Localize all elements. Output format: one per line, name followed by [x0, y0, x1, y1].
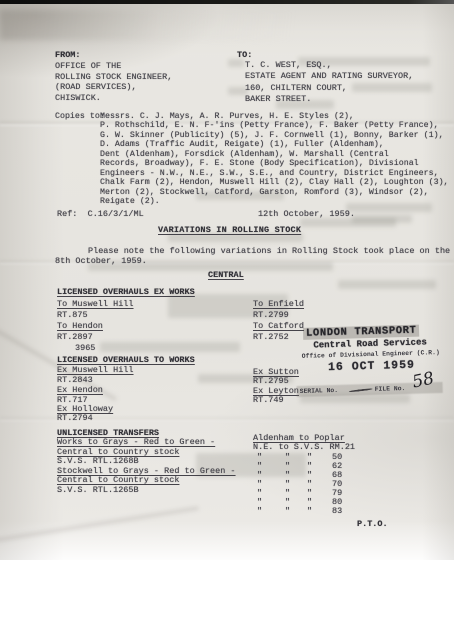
to-line: ESTATE AGENT AND RATING SURVEYOR, [245, 71, 413, 81]
stamp-department: Central Road Services [313, 337, 427, 350]
letter-title: VARIATIONS IN ROLLING STOCK [158, 225, 301, 235]
vehicle-number: RT.749 [253, 395, 284, 405]
bleedthrough-smudge [228, 59, 244, 67]
region-heading: CENTRAL [208, 270, 244, 280]
transfer-description: N.E. to S.V.S. RM.21 [253, 442, 355, 452]
vehicle-number: RT.875 [57, 310, 88, 320]
reference-number: Ref: C.16/3/1/ML [57, 209, 144, 219]
stamp-file-label: FILE No. [375, 385, 406, 393]
stamp-serial-label: SERIAL No. [300, 387, 339, 395]
from-line: OFFICE OF THE [55, 61, 121, 71]
letter-paper: FROM: OFFICE OF THE ROLLING STOCK ENGINE… [0, 4, 454, 560]
from-label: FROM: [55, 50, 81, 60]
intro-text: 8th October, 1959. [55, 256, 147, 266]
transfer-row: " " " 83 [0, 506, 31, 566]
from-line: ROLLING STOCK ENGINEER, [55, 72, 172, 82]
bleedthrough-smudge [352, 215, 412, 223]
from-line: (ROAD SERVICES), [55, 82, 137, 92]
vehicle-number: RT.2752 [253, 332, 289, 342]
vehicle-number: S.V.S. RTL.1265B [57, 485, 139, 495]
from-line: CHISWICK. [55, 93, 101, 103]
vehicle-number: 83 [332, 506, 342, 516]
stamp-office: Office of Divisional Engineer (C.R.) [302, 349, 440, 360]
vehicle-number: S.V.S. RTL.1268B [57, 456, 139, 466]
letter-date: 12th October, 1959. [258, 209, 355, 219]
to-label: TO: [237, 50, 252, 60]
garage-name: To Enfield [253, 299, 304, 309]
to-line: BAKER STREET. [245, 94, 311, 104]
stamp-date: 16 OCT 1959 [328, 359, 415, 374]
to-line: T. C. WEST, ESQ., [245, 60, 332, 70]
garage-name: To Muswell Hill [57, 299, 134, 309]
bleedthrough-smudge [338, 280, 436, 289]
bleedthrough-smudge [100, 342, 240, 352]
transfer-description: Works to Grays - Red to Green - [57, 437, 215, 447]
to-line: 160, CHILTERN COURT, [245, 83, 347, 93]
section-heading-ex-works: LICENSED OVERHAULS EX WORKS [57, 287, 195, 297]
copies-line: Reigate (2). [100, 197, 160, 207]
section-heading-to-works: LICENSED OVERHAULS TO WORKS [57, 355, 195, 365]
garage-name: To Hendon [57, 321, 103, 331]
bleedthrough-smudge [352, 83, 432, 92]
garage-name: Ex Muswell Hill [57, 365, 134, 375]
intro-text: Please note the following variations in … [88, 246, 450, 256]
ditto-mark: " [285, 506, 290, 516]
copies-line: Chalk Farm (2), Hendon, Muswell Hill (2)… [100, 178, 449, 188]
vehicle-number: RT.2843 [57, 375, 93, 385]
bleedthrough-smudge [300, 218, 396, 227]
vehicle-number: RT.2794 [57, 413, 93, 423]
copies-line: P. Rothschild, E. N. F-'ins (Petty Franc… [100, 121, 439, 131]
vehicle-number: RT.2799 [253, 310, 289, 320]
scanned-letter: FROM: OFFICE OF THE ROLLING STOCK ENGINE… [0, 0, 454, 640]
garage-name: Ex Hendon [57, 385, 103, 395]
bleedthrough-smudge [346, 203, 432, 212]
copies-label: Copies to: [55, 112, 105, 122]
ditto-mark: " [307, 506, 312, 516]
ditto-mark: " [257, 506, 262, 516]
vehicle-number: RT.2897 [57, 332, 93, 342]
wrinkle-top [0, 10, 454, 40]
transfer-description: Central to Country stock [57, 475, 179, 485]
received-stamp: LONDON TRANSPORT Central Road Services O… [295, 324, 443, 406]
vehicle-number: 3965 [75, 343, 95, 353]
handwritten-file-number: 58 [411, 369, 436, 393]
vehicle-number: RT.2795 [253, 376, 289, 386]
copies-line: Records, Broadway), F. E. Stone (Body Sp… [100, 159, 419, 169]
copies-line: D. Adams (Traffic Audit, Reigate) (1), F… [100, 140, 384, 150]
pto-note: P.T.O. [357, 519, 388, 529]
